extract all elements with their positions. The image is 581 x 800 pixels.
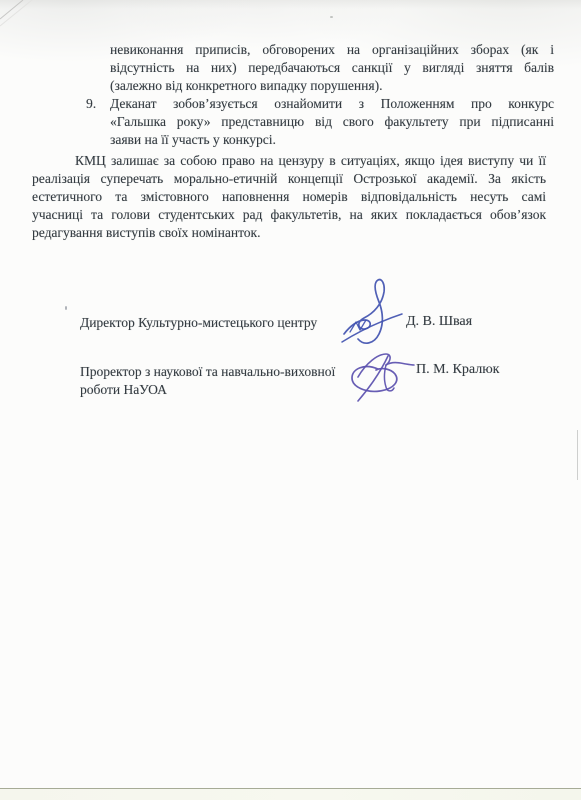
body-line: невиконання приписів, обговорених на орг… [110,41,554,59]
signatory-title-line: Проректор з наукової та навчально-виховн… [80,363,400,381]
signatory-title: Директор Культурно-мистецького центру [80,314,360,332]
scan-edge-artifact [577,430,578,480]
paragraph-line: реалізація суперечать морально-етичній к… [32,170,546,188]
page-bottom-edge [0,788,581,800]
body-line: (залежно від конкретного випадку порушен… [110,77,554,95]
body-line: відсутність на них) передбачаються санкц… [110,59,554,77]
signatory-title: Проректор з наукової та навчально-виховн… [80,363,400,399]
list-item-9: 9. Деканат зобов’язується ознайомити з П… [110,95,554,149]
page-corner-crease [0,0,42,30]
paragraph-line: КМЦ залишає за собою право на цензуру в … [32,152,546,170]
paragraph-line: естетичного та змістовного наповнення но… [32,188,546,206]
list-item-8-continuation: невиконання приписів, обговорених на орг… [110,41,554,95]
scan-speck [65,306,67,310]
paragraph-line: редагування виступів своїх номінанток. [32,224,546,242]
closing-paragraph: КМЦ залишає за собою право на цензуру в … [32,152,546,242]
list-item-9-marker: 9. [86,95,96,113]
paragraph-line: учасниці та голови студентських рад факу… [32,206,546,224]
body-line: заяви на її участь у конкурсі. [110,131,554,149]
signatory-title-line: роботи НаУОА [80,381,400,399]
signatory-name: П. М. Кралюк [416,361,499,379]
scan-speck [330,16,333,18]
body-line: Деканат зобов’язується ознайомити з Поло… [110,95,554,113]
scanned-document-page: невиконання приписів, обговорених на орг… [0,0,581,800]
signatory-name: Д. В. Швая [406,313,472,331]
body-line: «Гальшка року» представницю від свого фа… [110,113,554,131]
signature-1-ink [338,274,410,352]
